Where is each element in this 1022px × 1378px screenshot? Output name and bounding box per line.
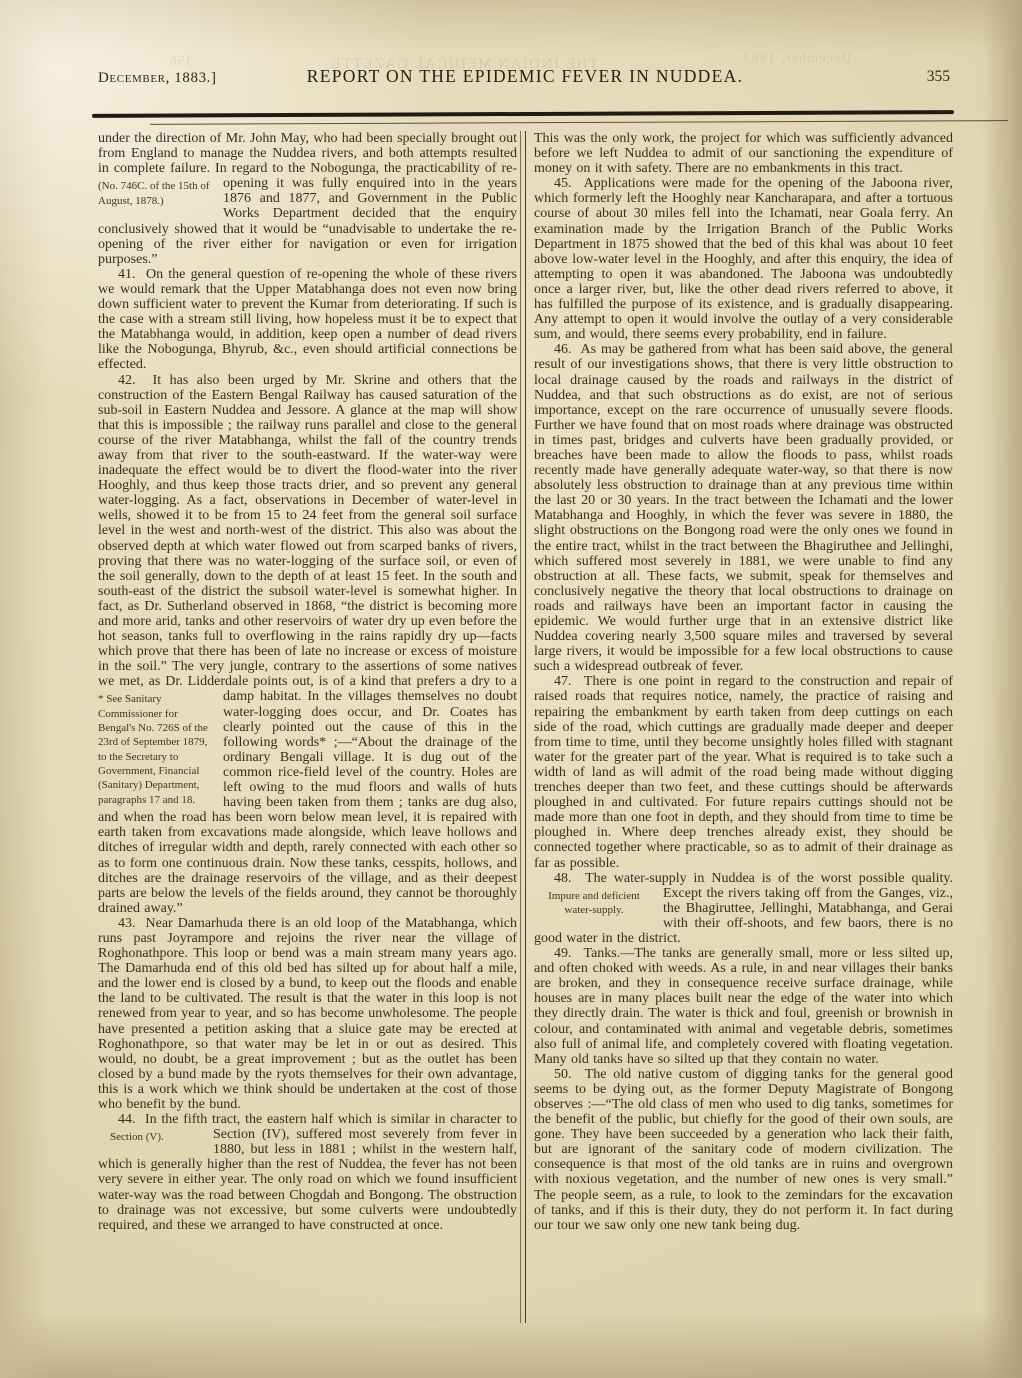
right-column: This was the only work, the project for … bbox=[534, 131, 953, 1233]
paragraph-47: 47. There is one point in regard to the … bbox=[534, 674, 953, 870]
paragraph-text: 49. Tanks.—The tanks are generally small… bbox=[534, 946, 953, 1067]
paragraph-50: 50. The old native custom of digging tan… bbox=[534, 1067, 953, 1233]
paragraph-45: 45. Applications were made for the openi… bbox=[534, 176, 953, 342]
scanned-page: 356 THE INDIAN MEDICAL GAZETTE December,… bbox=[0, 0, 1022, 1378]
paragraph-42: 42. It has also been urged by Mr. Skrine… bbox=[98, 373, 517, 916]
left-column: under the direction of Mr. John May, who… bbox=[98, 131, 517, 1233]
paragraph-41: 41. On the general question of re-openin… bbox=[98, 267, 517, 373]
paragraph-43: 43. Near Damarhuda there is an old loop … bbox=[98, 916, 517, 1112]
column-divider bbox=[525, 131, 527, 1323]
paragraph-48: 48. The water-supply in Nuddea is of the… bbox=[534, 871, 953, 946]
paragraph-40-continuation: under the direction of Mr. John May, who… bbox=[98, 131, 517, 267]
paragraph-text: This was the only work, the project for … bbox=[534, 131, 953, 176]
margin-note-impure-water-supply: Impure and deficient water-supply. bbox=[534, 889, 654, 918]
margin-note-section-v: Section (V). bbox=[110, 1130, 204, 1144]
paragraph-text: 48. The water-supply in Nuddea is of the… bbox=[554, 871, 953, 886]
column-divider bbox=[520, 131, 521, 1323]
header-rule-thin bbox=[150, 120, 1008, 125]
paragraph-46: 46. As may be gathered from what has bee… bbox=[534, 342, 953, 674]
page-header: December, 1883.] REPORT ON THE EPIDEMIC … bbox=[98, 66, 952, 94]
margin-note-sanitary-commissioner: * See Sanitary Commissioner for Bengal's… bbox=[98, 692, 214, 806]
page-title: REPORT ON THE EPIDEMIC FEVER IN NUDDEA. bbox=[98, 66, 952, 87]
paragraph-49: 49. Tanks.—The tanks are generally small… bbox=[534, 946, 953, 1067]
paragraph-44: 44. In the fifth tract, the eastern half… bbox=[98, 1112, 517, 1233]
paragraph-text: 43. Near Damarhuda there is an old loop … bbox=[98, 916, 517, 1112]
paragraph-text: 45. Applications were made for the openi… bbox=[534, 176, 953, 342]
margin-note-746c: (No. 746C. of the 15th of August, 1878.) bbox=[98, 179, 214, 208]
paragraph-text: 50. The old native custom of digging tan… bbox=[534, 1067, 953, 1233]
paragraph-text: 42. It has also been urged by Mr. Skrine… bbox=[98, 373, 517, 705]
page-number: 355 bbox=[927, 68, 950, 86]
bleed-through-date: December, 1883 bbox=[742, 50, 852, 66]
paragraph-text: 41. On the general question of re-openin… bbox=[98, 267, 517, 373]
paragraph-text: 46. As may be gathered from what has bee… bbox=[534, 342, 953, 674]
paragraph-text: 47. There is one point in regard to the … bbox=[534, 674, 953, 870]
paragraph-44-continuation: This was the only work, the project for … bbox=[534, 131, 953, 176]
header-rule-thick bbox=[92, 110, 954, 118]
